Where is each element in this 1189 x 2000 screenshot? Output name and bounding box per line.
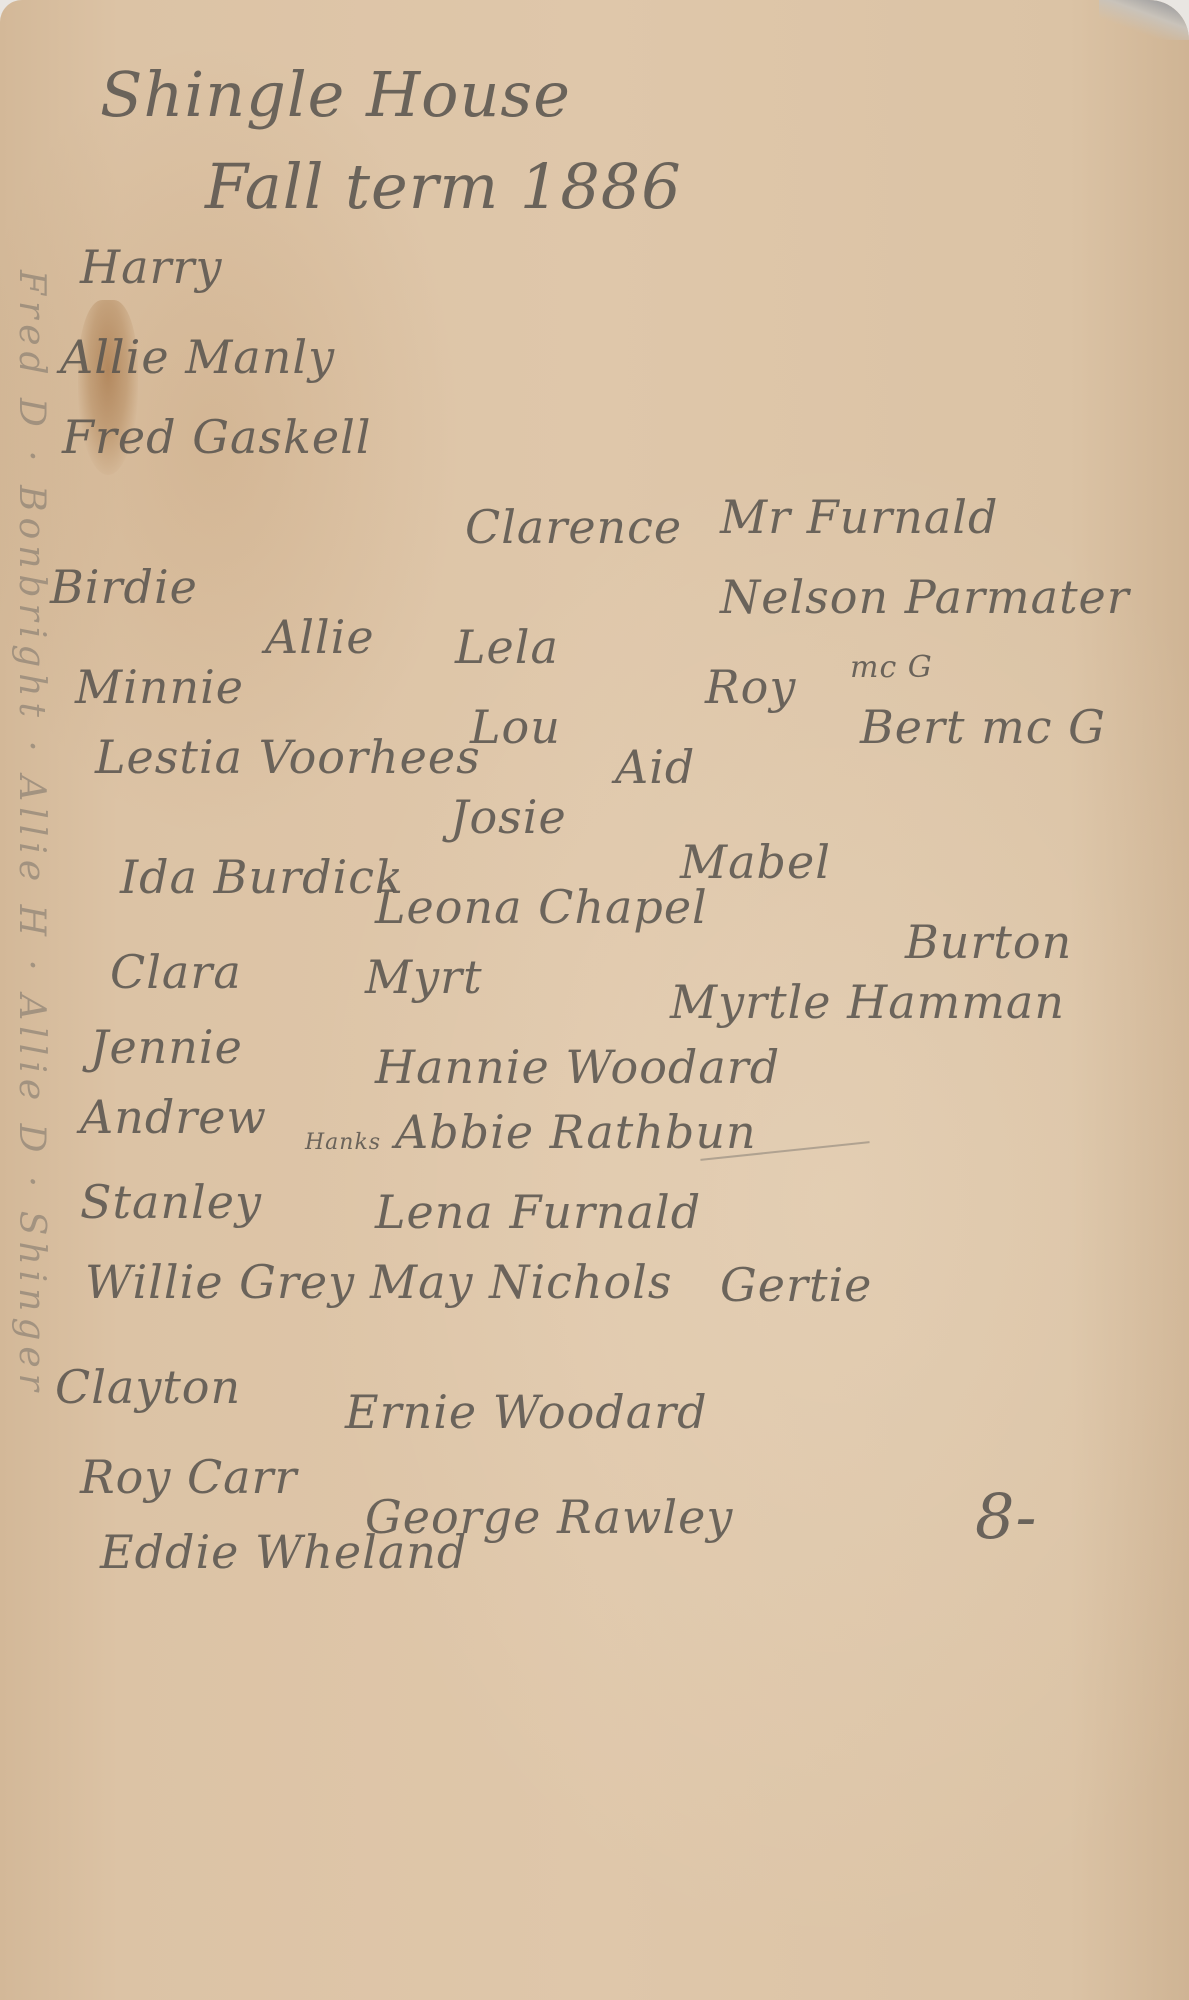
heading-term: Fall term 1886 (205, 150, 682, 223)
name-may-nichols: May Nichols (370, 1255, 673, 1309)
name-fred-gaskell: Fred Gaskell (62, 410, 372, 464)
name-harry: Harry (80, 240, 223, 294)
name-andrew: Andrew (80, 1090, 267, 1144)
name-gertie: Gertie (720, 1258, 872, 1312)
name-clarence: Clarence (465, 500, 682, 554)
name-clayton: Clayton (55, 1360, 241, 1414)
name-bert-mcg: Bert mc G (860, 700, 1106, 754)
name-jennie: Jennie (90, 1020, 243, 1074)
name-lena-furnald: Lena Furnald (375, 1185, 701, 1239)
name-roy: Roy (705, 660, 796, 714)
name-ernie-woodard: Ernie Woodard (345, 1385, 708, 1439)
name-myrtle-hamman: Myrtle Hamman (670, 975, 1065, 1029)
name-willie-grey: Willie Grey (85, 1255, 355, 1309)
heading-location: Shingle House (100, 58, 571, 131)
name-nelson-parmater: Nelson Parmater (720, 570, 1130, 624)
name-burton: Burton (905, 915, 1072, 969)
number-mark: 8- (975, 1480, 1037, 1553)
name-josie: Josie (450, 790, 567, 844)
name-minnie: Minnie (75, 660, 244, 714)
name-aid: Aid (615, 740, 695, 794)
name-allie: Allie (265, 610, 375, 664)
margin-vertical-text: Fred D · Bonbright · Allie H · Allie D ·… (11, 270, 52, 1397)
worn-corner (1099, 0, 1189, 40)
name-abbie-rathbun: Abbie Rathbun (395, 1105, 757, 1159)
name-leona-chapel: Leona Chapel (375, 880, 708, 934)
name-lou: Lou (470, 700, 561, 754)
name-allie-manly: Allie Manly (60, 330, 335, 384)
name-clara: Clara (110, 945, 242, 999)
name-stanley: Stanley (80, 1175, 262, 1229)
name-ida-burdick: Ida Burdick (120, 850, 404, 904)
name-andrew-surname: Hanks (305, 1130, 381, 1155)
name-lela: Lela (455, 620, 559, 674)
name-roy-carr: Roy Carr (80, 1450, 298, 1504)
photo-card-back: Fred D · Bonbright · Allie H · Allie D ·… (0, 0, 1189, 2000)
name-eddie-wheland: Eddie Wheland (100, 1525, 467, 1579)
name-birdie: Birdie (50, 560, 198, 614)
name-roy-surname: mc G (850, 650, 933, 685)
name-lestia-voorhees: Lestia Voorhees (95, 730, 481, 784)
name-myrt: Myrt (365, 950, 483, 1004)
name-hannie-woodard: Hannie Woodard (375, 1040, 780, 1094)
name-mr-furnald: Mr Furnald (720, 490, 998, 544)
